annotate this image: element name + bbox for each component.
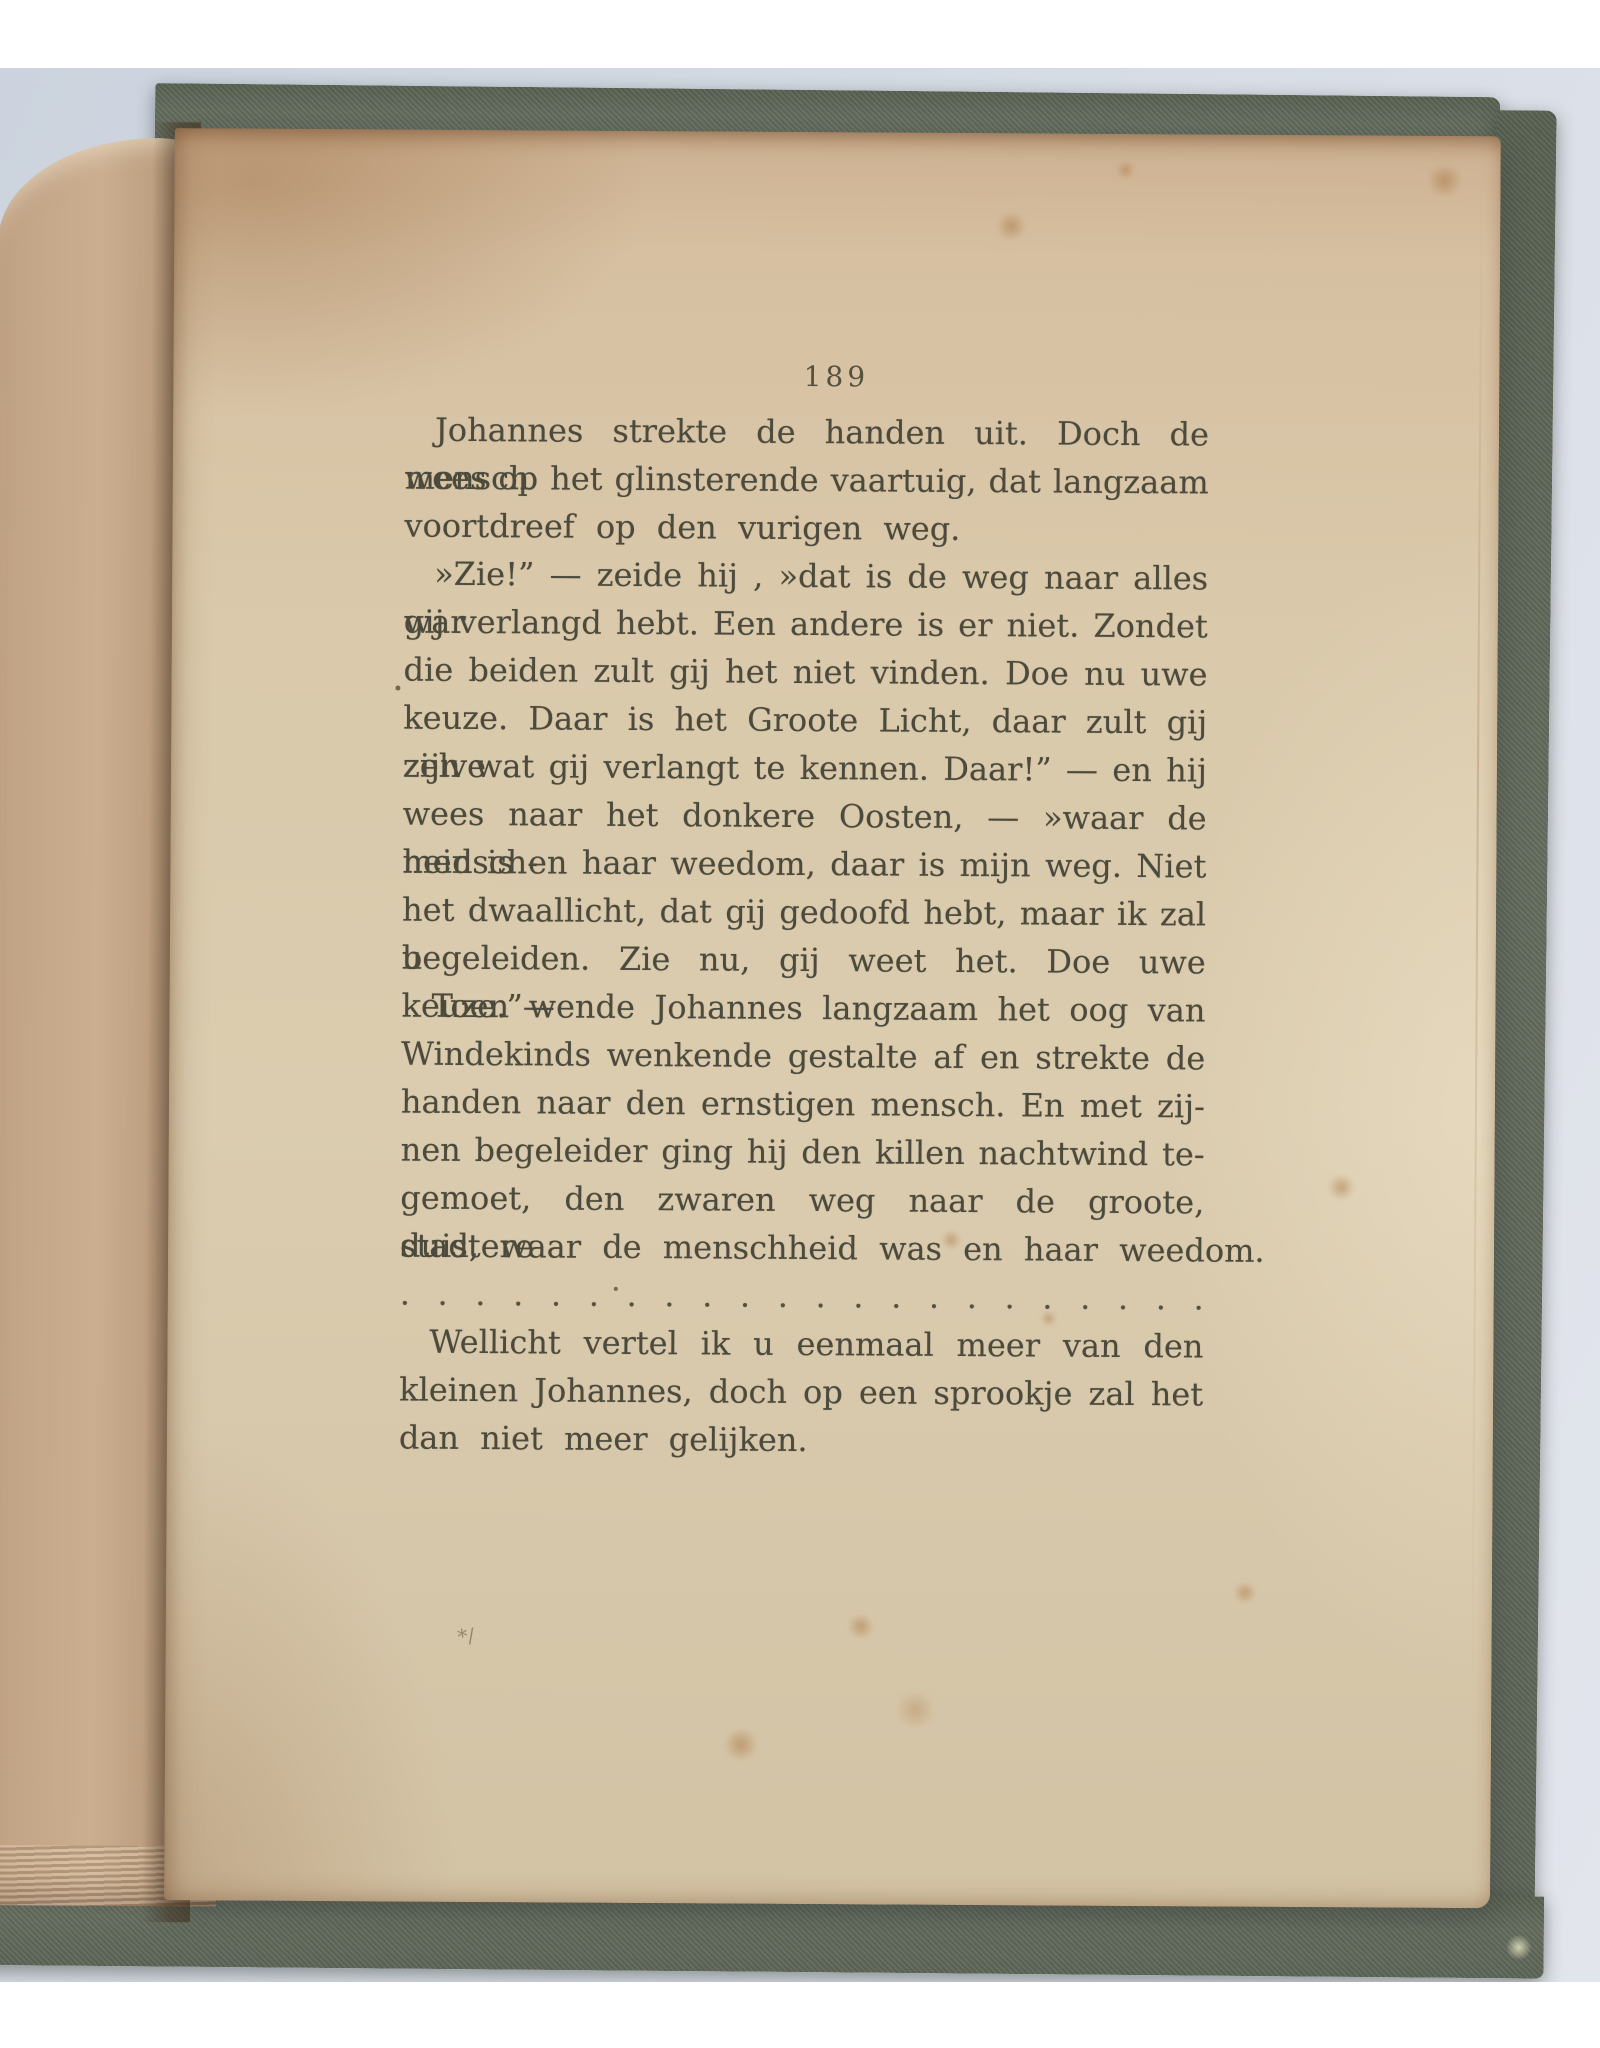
text-line: heid is en haar weedom, daar is mijn weg… xyxy=(402,838,1206,891)
text-line: Johannes strekte de handen uit. Doch de … xyxy=(405,406,1209,459)
book-page: 189 Johannes strekte de handen uit. Doch… xyxy=(164,128,1501,1908)
text-line: gemoet, den zwaren weg naar de groote, d… xyxy=(400,1174,1204,1227)
text-line: begeleiden. Zie nu, gij weet het. Doe uw… xyxy=(402,934,1206,987)
text-line: voortdreef op den vurigen weg. xyxy=(404,502,1208,555)
foxing-spot xyxy=(891,1693,939,1727)
text-line: zijn wat gij verlangt te kennen. Daar!” … xyxy=(403,742,1207,795)
foxing-spot xyxy=(846,1614,876,1638)
open-book: 189 Johannes strekte de handen uit. Doch… xyxy=(0,68,1600,1982)
pencil-mark: */ xyxy=(456,1623,476,1649)
text-line: handen naar den ernstigen mensch. En met… xyxy=(401,1078,1205,1131)
separator-dots: . . . . . . . . . . . . . . . . . . . . … xyxy=(400,1270,1204,1323)
ink-speck xyxy=(395,686,400,691)
text-line: Windekinds wenkende gestalte af en strek… xyxy=(401,1030,1205,1083)
foxing-spot xyxy=(1232,1583,1258,1603)
text-line: nen begeleider ging hij den killen nacht… xyxy=(401,1126,1205,1179)
foxing-spot xyxy=(1326,1175,1356,1199)
text-line: kleinen Johannes, doch op een sprookje z… xyxy=(399,1366,1203,1419)
text-block: Johannes strekte de handen uit. Doch de … xyxy=(399,406,1209,1467)
text-line: die beiden zult gij het niet vinden. Doe… xyxy=(403,646,1207,699)
text-line: dan niet meer gelijken. xyxy=(399,1414,1203,1467)
page-number: 189 xyxy=(173,356,1499,397)
text-line: het dwaallicht, dat gij gedoofd hebt, ma… xyxy=(402,886,1206,939)
text-line: gij verlangd hebt. Een andere is er niet… xyxy=(404,598,1208,651)
foxing-spot xyxy=(1115,162,1137,178)
text-line: Toen wende Johannes langzaam het oog van xyxy=(401,982,1205,1035)
text-line: stad, waar de menschheid was en haar wee… xyxy=(400,1222,1204,1275)
text-line: Wellicht vertel ik u eenmaal meer van de… xyxy=(399,1318,1203,1371)
foxing-spot xyxy=(721,1730,761,1760)
text-line: keuze. Daar is het Groote Licht, daar zu… xyxy=(403,694,1207,747)
foxing-spot xyxy=(994,213,1028,239)
photo-backdrop: 189 Johannes strekte de handen uit. Doch… xyxy=(0,68,1600,1982)
foxing-spot xyxy=(1424,166,1464,196)
text-line: wees op het glinsterende vaartuig, dat l… xyxy=(405,454,1209,507)
text-line: »Zie!” — zeide hij , »dat is de weg naar… xyxy=(404,550,1208,603)
cover-corner-wear xyxy=(1506,1934,1532,1960)
text-line: wees naar het donkere Oosten, — »waar de… xyxy=(403,790,1207,843)
page-crease xyxy=(1471,176,1482,1676)
